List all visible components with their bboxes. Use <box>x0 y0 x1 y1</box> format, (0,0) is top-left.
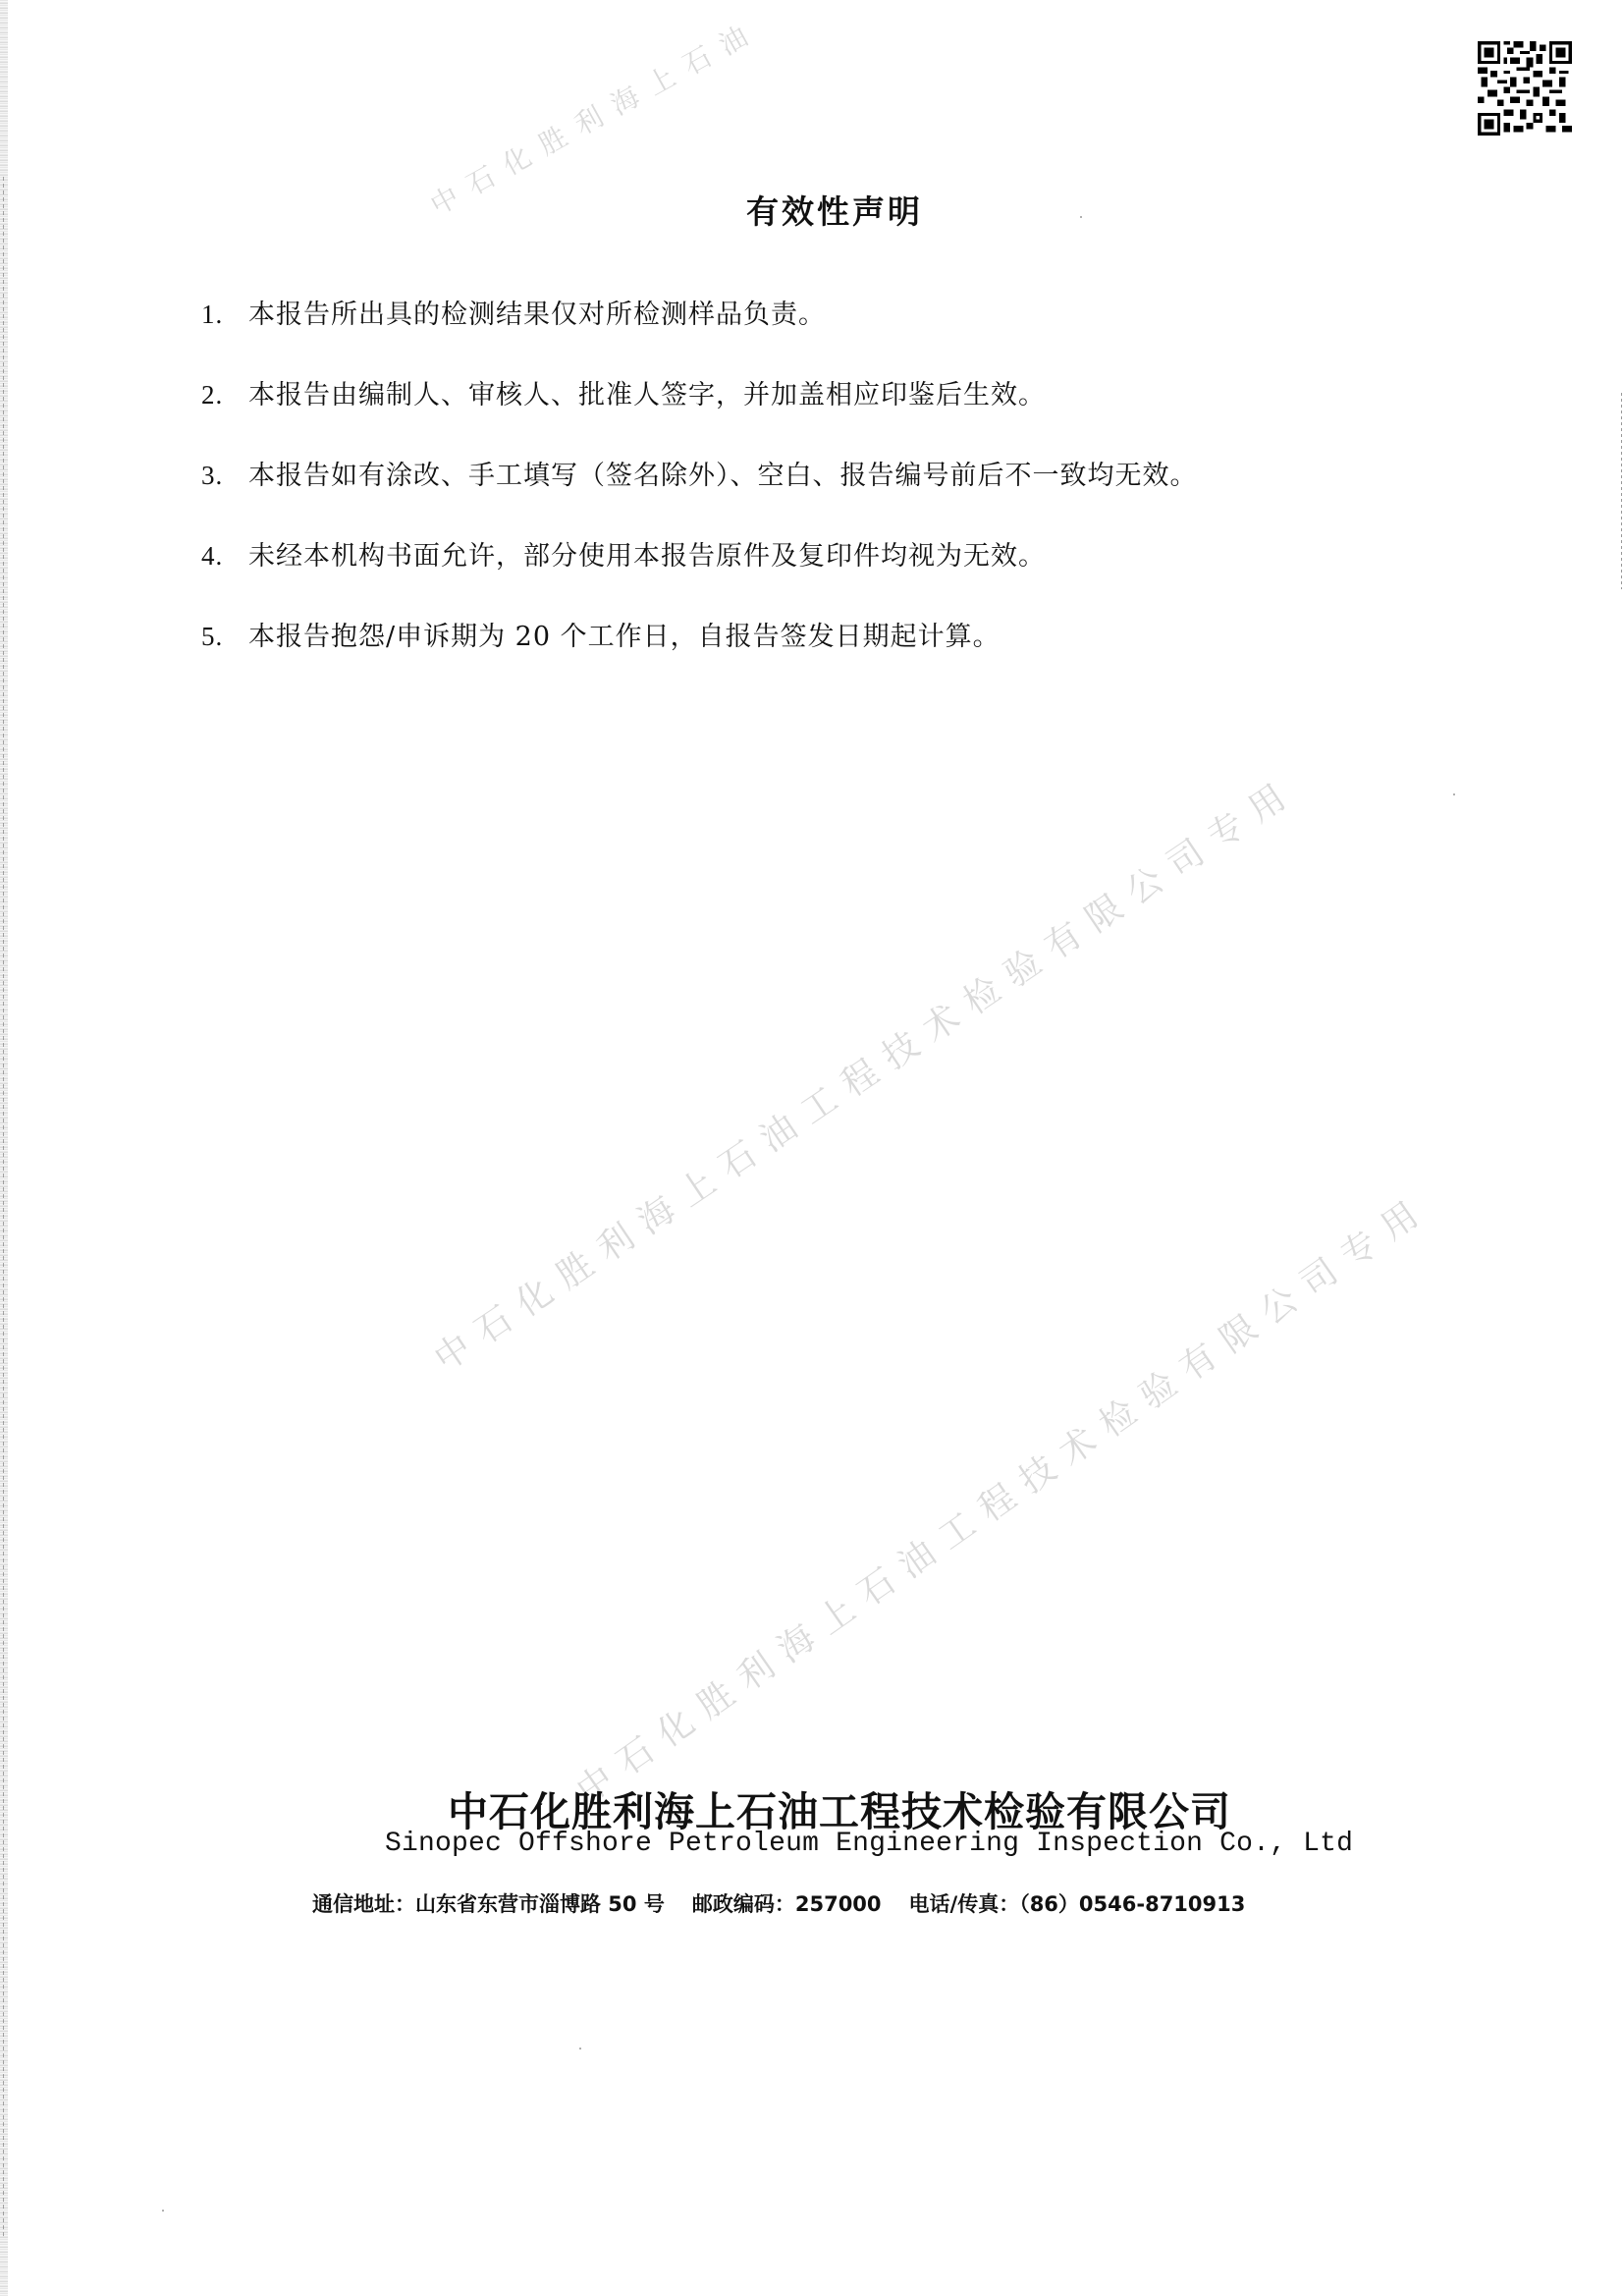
clause-text: 本报告抱怨/申诉期为 20 个工作日，自报告签发日期起计算。 <box>248 615 1001 653</box>
clause-item: 2. 本报告由编制人、审核人、批准人签字，并加盖相应印鉴后生效。 <box>201 373 1198 454</box>
scan-speck <box>1453 793 1455 795</box>
clause-number: 4. <box>201 541 248 572</box>
clause-number: 2. <box>201 380 248 410</box>
watermark-middle: 中石化胜利海上石油工程技术检验有限公司专用 <box>423 763 1306 1381</box>
clause-item: 5. 本报告抱怨/申诉期为 20 个工作日，自报告签发日期起计算。 <box>201 615 1198 695</box>
validity-clauses-list: 1. 本报告所出具的检测结果仅对所检测样品负责。 2. 本报告由编制人、审核人、… <box>201 293 1198 695</box>
scan-speck <box>579 2048 581 2050</box>
page-title: 有效性声明 <box>0 187 1623 233</box>
clause-item: 4. 未经本机构书面允许，部分使用本报告原件及复印件均视为无效。 <box>201 534 1198 615</box>
clause-number: 1. <box>201 300 248 330</box>
clause-item: 1. 本报告所出具的检测结果仅对所检测样品负责。 <box>201 293 1198 373</box>
clause-text: 本报告所出具的检测结果仅对所检测样品负责。 <box>248 293 826 331</box>
qr-code-icon <box>1478 41 1572 136</box>
scan-speck <box>1080 216 1082 218</box>
clause-text: 未经本机构书面允许，部分使用本报告原件及复印件均视为无效。 <box>248 534 1046 573</box>
watermark-bottom: 中石化胜利海上石油工程技术检验有限公司专用 <box>565 1180 1437 1813</box>
clause-number: 5. <box>201 622 248 652</box>
clause-item: 3. 本报告如有涂改、手工填写（签名除外）、空白、报告编号前后不一致均无效。 <box>201 454 1198 534</box>
company-name-en: Sinopec Offshore Petroleum Engineering I… <box>385 1829 1353 1859</box>
clause-text: 本报告如有涂改、手工填写（签名除外）、空白、报告编号前后不一致均无效。 <box>248 454 1198 492</box>
scan-edge-right <box>1621 393 1622 589</box>
contact-info: 通信地址：山东省东营市淄博路 50 号 邮政编码：257000 电话/传真：（8… <box>312 1888 1245 1918</box>
postal-code: 邮政编码：257000 <box>692 1888 882 1918</box>
phone-fax: 电话/传真：（86）0546-8710913 <box>909 1888 1246 1918</box>
address: 通信地址：山东省东营市淄博路 50 号 <box>312 1888 665 1918</box>
clause-number: 3. <box>201 461 248 491</box>
clause-text: 本报告由编制人、审核人、批准人签字，并加盖相应印鉴后生效。 <box>248 373 1046 411</box>
scan-speck <box>162 2210 164 2212</box>
scan-edge-left <box>0 0 8 2296</box>
